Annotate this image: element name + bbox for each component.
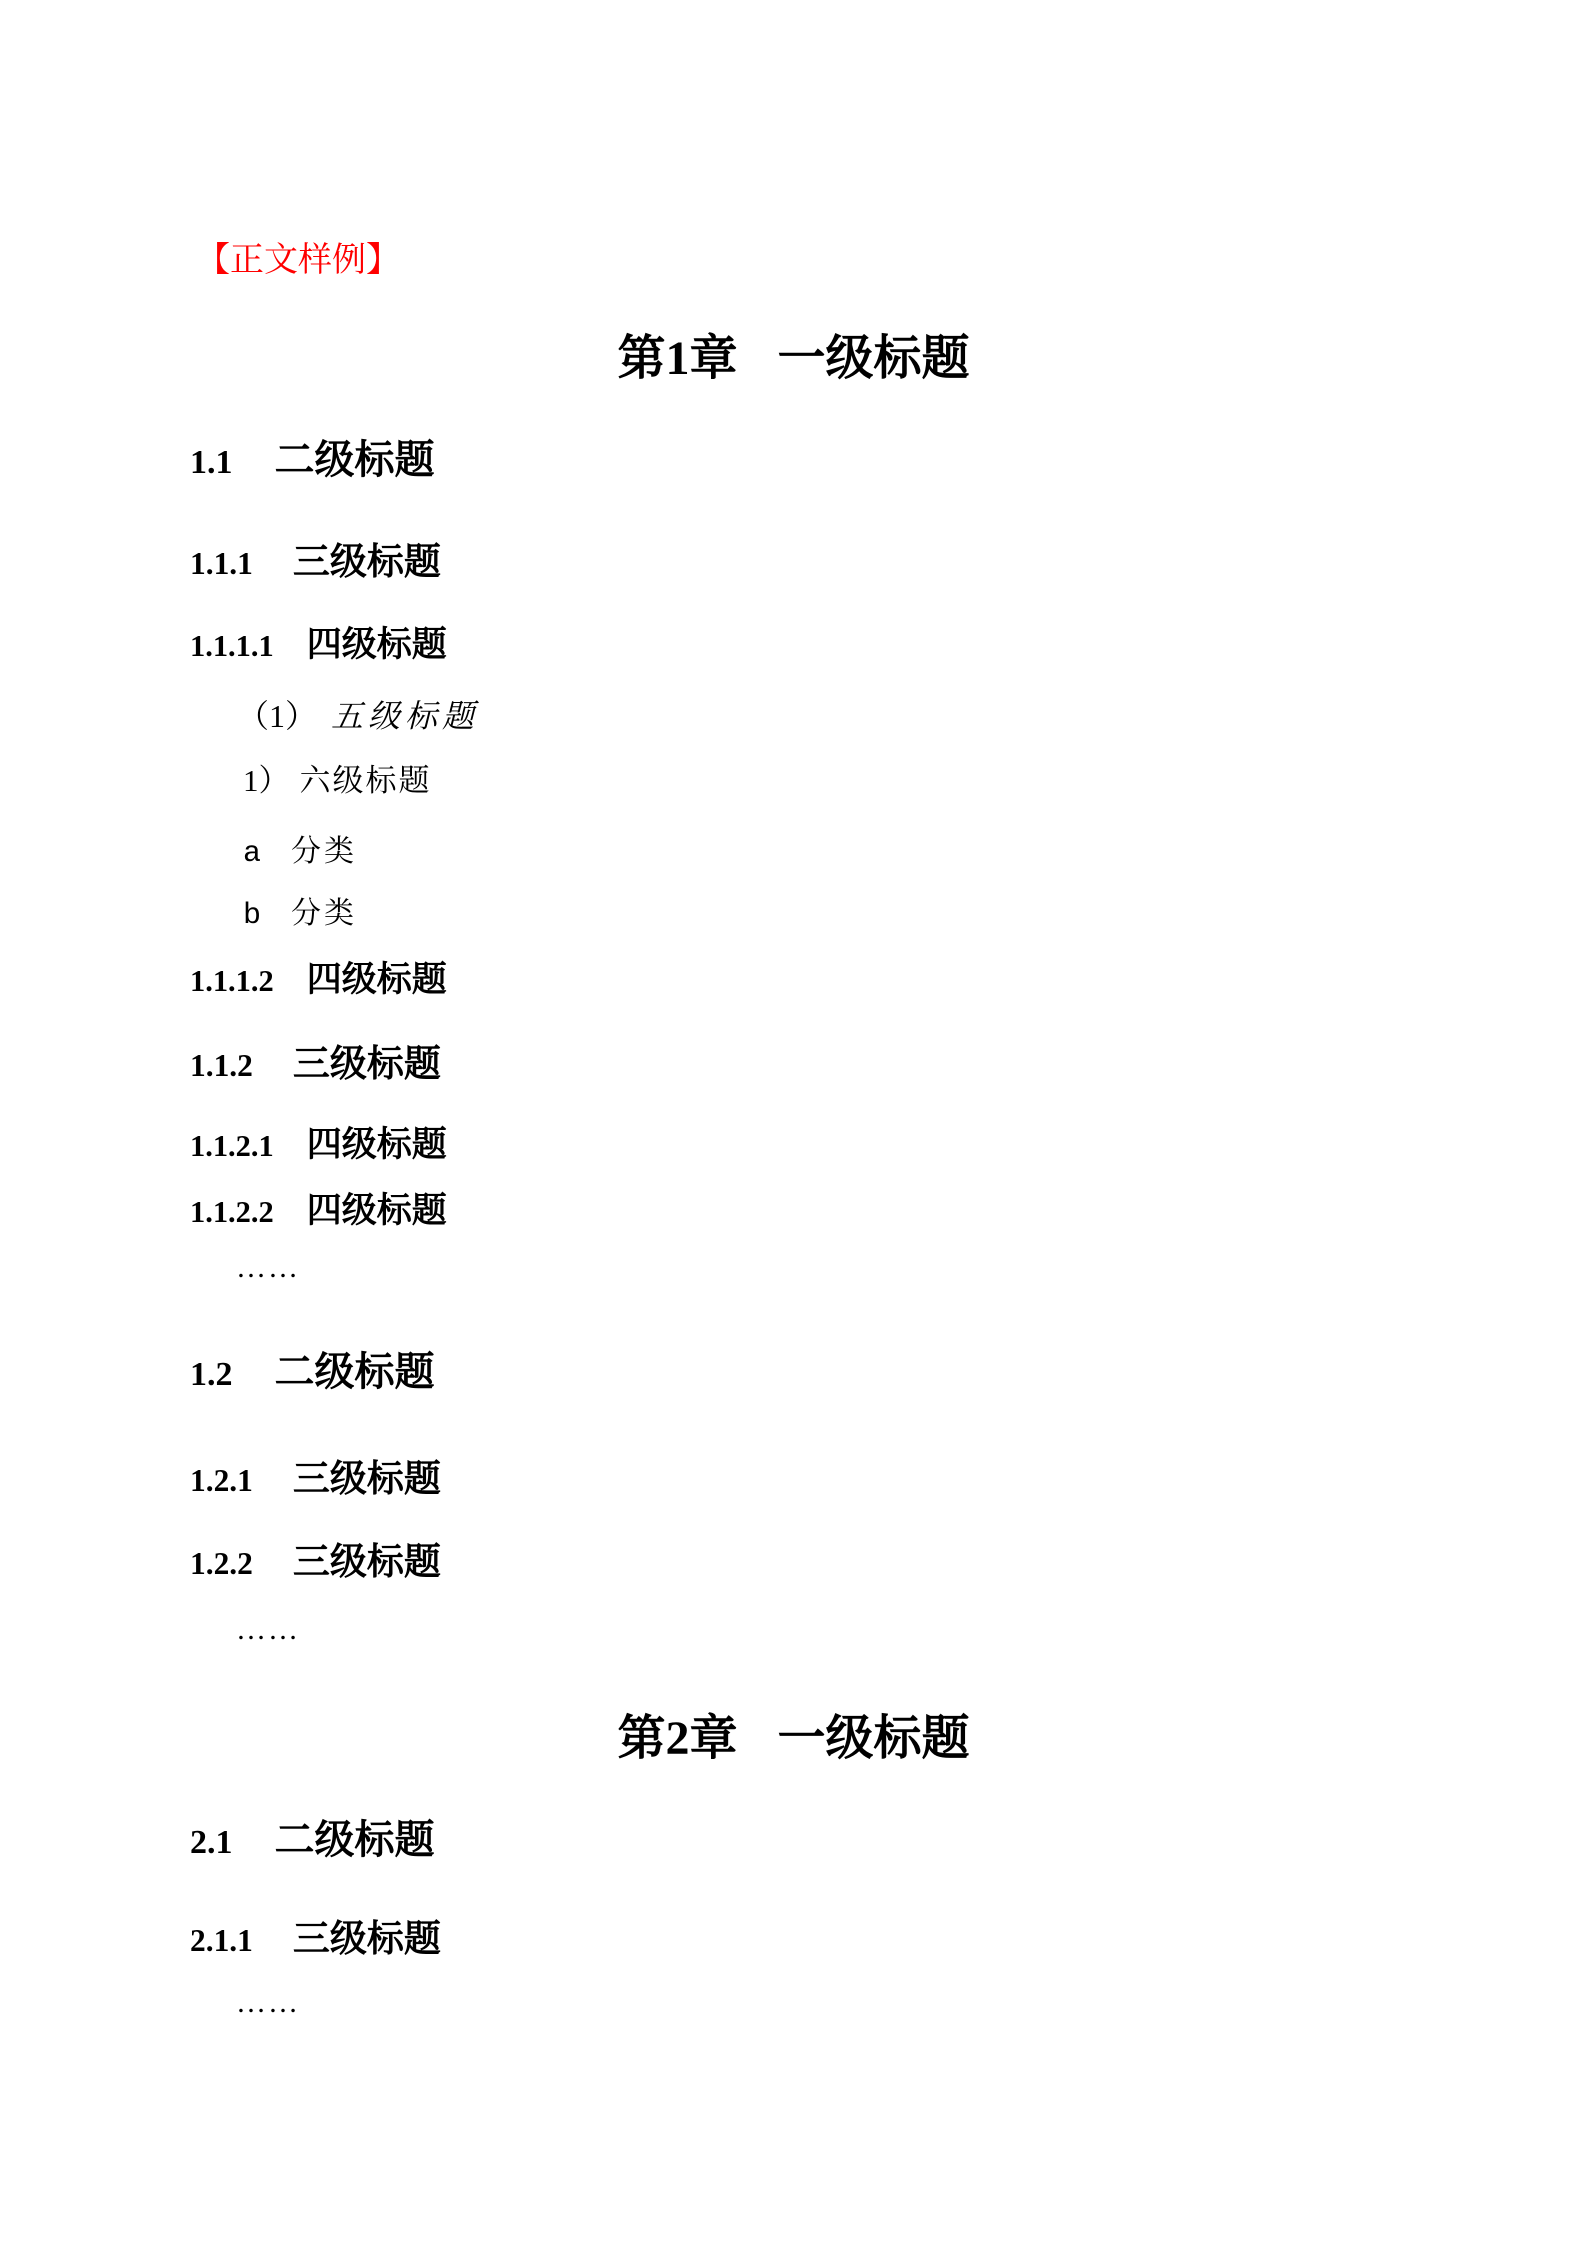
heading-number: 2.1 (190, 1826, 233, 1860)
heading-level-3: 1.1.1三级标题 (190, 543, 441, 580)
heading-title: 四级标题 (307, 627, 447, 662)
heading-number: 2.1.1 (190, 1925, 253, 1956)
heading-title: 三级标题 (293, 1920, 441, 1957)
heading-number: 1.1.2.2 (190, 1197, 274, 1227)
heading-number: 1.1.2.1 (190, 1131, 274, 1161)
chapter-title: 一级标题 (778, 1715, 970, 1763)
heading-title: 四级标题 (307, 1193, 447, 1228)
item-letter: b (243, 901, 261, 931)
ellipsis-line: …… (236, 1253, 300, 1283)
heading-title: 二级标题 (275, 1820, 435, 1860)
heading-number: 1.1.1 (190, 548, 253, 579)
ellipsis-line: …… (236, 1988, 300, 2018)
chapter-title: 一级标题 (778, 335, 970, 383)
chapter-number: 第1章 (617, 335, 737, 383)
heading-title: 三级标题 (293, 1543, 441, 1580)
heading-title: 二级标题 (275, 1352, 435, 1392)
heading-number: 1.2 (190, 1358, 233, 1392)
heading-level-3: 2.1.1三级标题 (190, 1920, 441, 1957)
heading-level-4: 1.1.1.1四级标题 (190, 627, 447, 662)
heading-number: （1） (237, 700, 317, 732)
classification-item-b: b分类 (243, 899, 357, 931)
heading-level-2: 1.2二级标题 (190, 1352, 435, 1392)
heading-level-4: 1.1.2.1四级标题 (190, 1127, 447, 1162)
heading-title: 三级标题 (293, 1045, 441, 1082)
heading-level-5: （1）五级标题 (237, 700, 479, 732)
document-page: 【正文样例】 第1章一级标题 1.1二级标题 1.1.1三级标题 1.1.1.1… (0, 0, 1587, 2245)
heading-number: 1.2.2 (190, 1548, 253, 1579)
heading-number: 1.1.1.1 (190, 631, 274, 661)
heading-level-3: 1.2.2三级标题 (190, 1543, 441, 1580)
heading-number: 1） (243, 765, 290, 796)
heading-title: 二级标题 (275, 440, 435, 480)
chapter-heading: 第2章一级标题 (0, 1715, 1587, 1763)
heading-level-6: 1）六级标题 (243, 765, 432, 796)
heading-level-3: 1.2.1三级标题 (190, 1460, 441, 1497)
chapter-heading: 第1章一级标题 (0, 335, 1587, 383)
heading-level-4: 1.1.1.2四级标题 (190, 962, 447, 997)
chapter-number: 第2章 (617, 1715, 737, 1763)
heading-title: 四级标题 (307, 962, 447, 997)
sample-label: 【正文样例】 (196, 244, 400, 278)
heading-number: 1.1.1.2 (190, 966, 274, 996)
heading-number: 1.2.1 (190, 1465, 253, 1496)
heading-level-2: 1.1二级标题 (190, 440, 435, 480)
heading-title: 三级标题 (293, 543, 441, 580)
classification-item-a: a分类 (243, 837, 357, 869)
item-label: 分类 (291, 837, 357, 867)
heading-level-3: 1.1.2三级标题 (190, 1045, 441, 1082)
heading-title: 六级标题 (300, 765, 432, 796)
heading-number: 1.1 (190, 446, 233, 480)
heading-level-2: 2.1二级标题 (190, 1820, 435, 1860)
ellipsis-line: …… (236, 1615, 300, 1645)
item-label: 分类 (291, 899, 357, 929)
heading-number: 1.1.2 (190, 1050, 253, 1081)
heading-title: 三级标题 (293, 1460, 441, 1497)
heading-title: 五级标题 (331, 700, 479, 732)
heading-title: 四级标题 (307, 1127, 447, 1162)
heading-level-4: 1.1.2.2四级标题 (190, 1193, 447, 1228)
item-letter: a (243, 839, 261, 869)
